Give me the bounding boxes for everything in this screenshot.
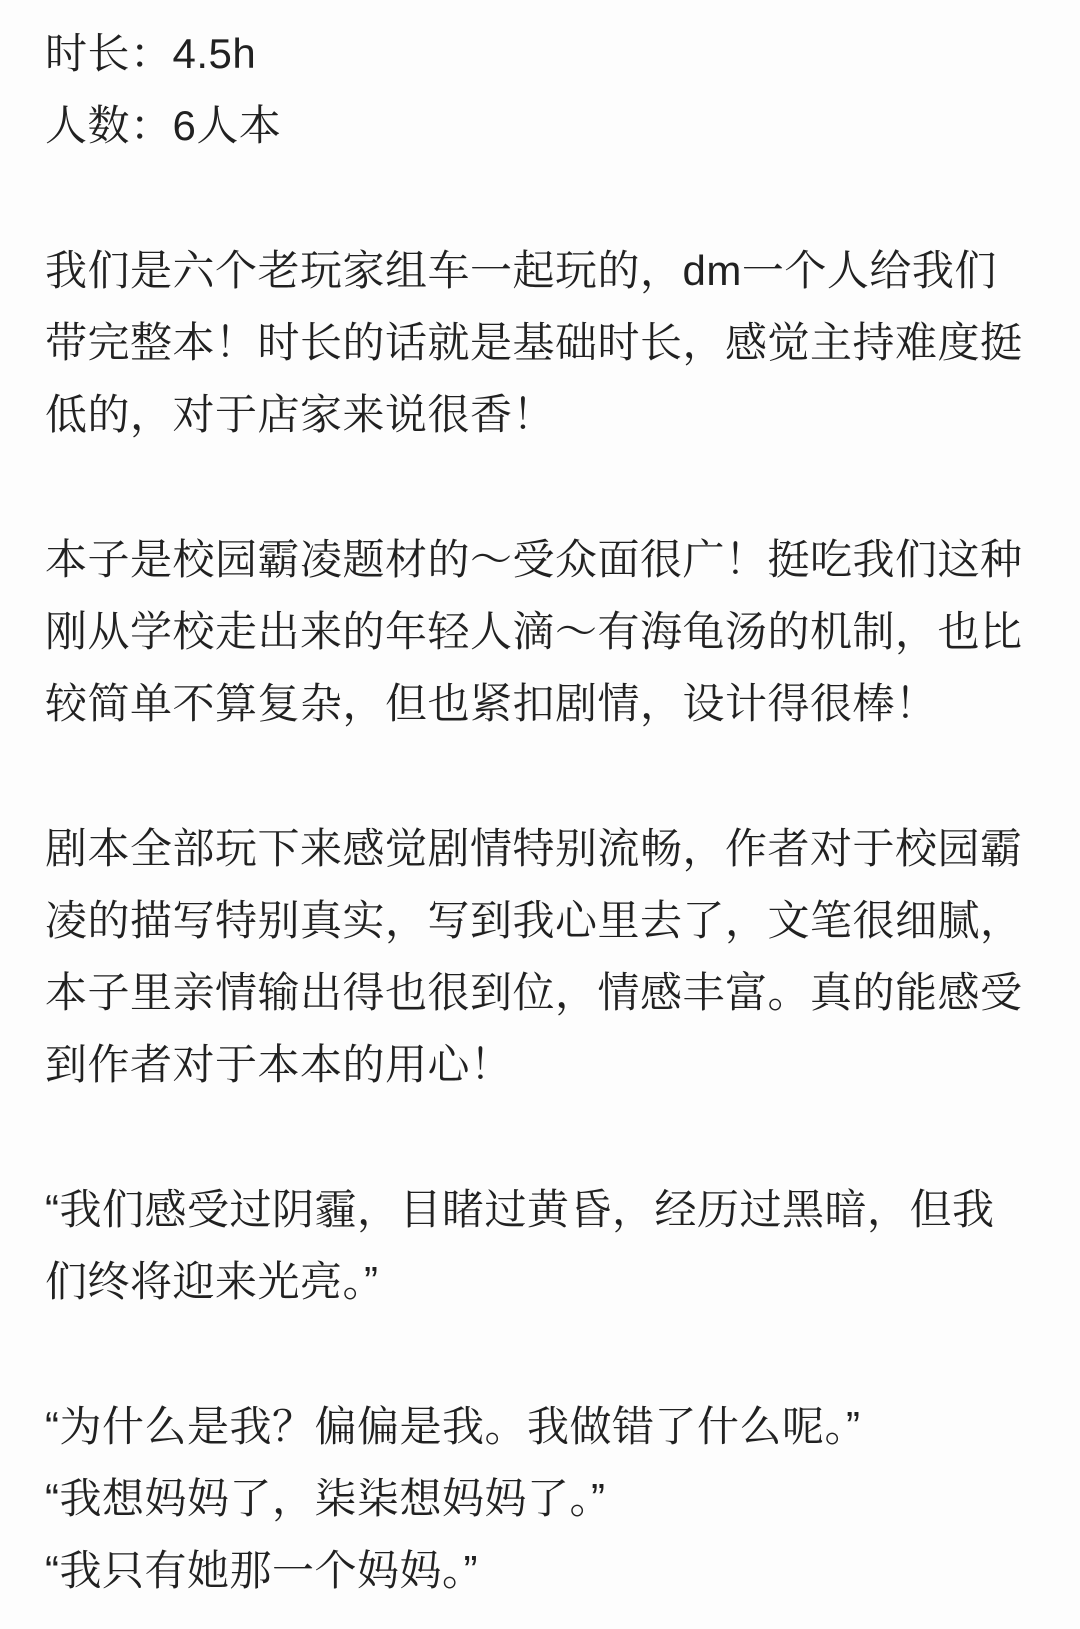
- closing-quote-line-1: “为什么是我？偏偏是我。我做错了什么呢。”: [45, 1391, 1035, 1463]
- review-paragraph-theme: 本子是校园霸凌题材的～受众面很广！挺吃我们这种刚从学校走出来的年轻人滴～有海龟汤…: [45, 524, 1035, 740]
- closing-quote-line-2: “我想妈妈了，柒柒想妈妈了。”: [45, 1463, 1035, 1535]
- closing-quote-line-3: “我只有她那一个妈妈。”: [45, 1535, 1035, 1607]
- review-paragraph-experience: 我们是六个老玩家组车一起玩的，dm一个人给我们带完整本！时长的话就是基础时长，感…: [45, 235, 1035, 451]
- review-page: 时长：4.5h 人数：6人本 我们是六个老玩家组车一起玩的，dm一个人给我们带完…: [0, 0, 1080, 1629]
- duration-line: 时长：4.5h: [45, 18, 1035, 90]
- closing-quotes-block: “为什么是我？偏偏是我。我做错了什么呢。” “我想妈妈了，柒柒想妈妈了。” “我…: [45, 1391, 1035, 1607]
- review-paragraph-plot: 剧本全部玩下来感觉剧情特别流畅，作者对于校园霸凌的描写特别真实，写到我心里去了，…: [45, 813, 1035, 1101]
- player-count-line: 人数：6人本: [45, 90, 1035, 162]
- script-meta-block: 时长：4.5h 人数：6人本: [45, 18, 1035, 162]
- highlight-quote: “我们感受过阴霾，目睹过黄昏，经历过黑暗，但我们终将迎来光亮。”: [45, 1174, 1035, 1318]
